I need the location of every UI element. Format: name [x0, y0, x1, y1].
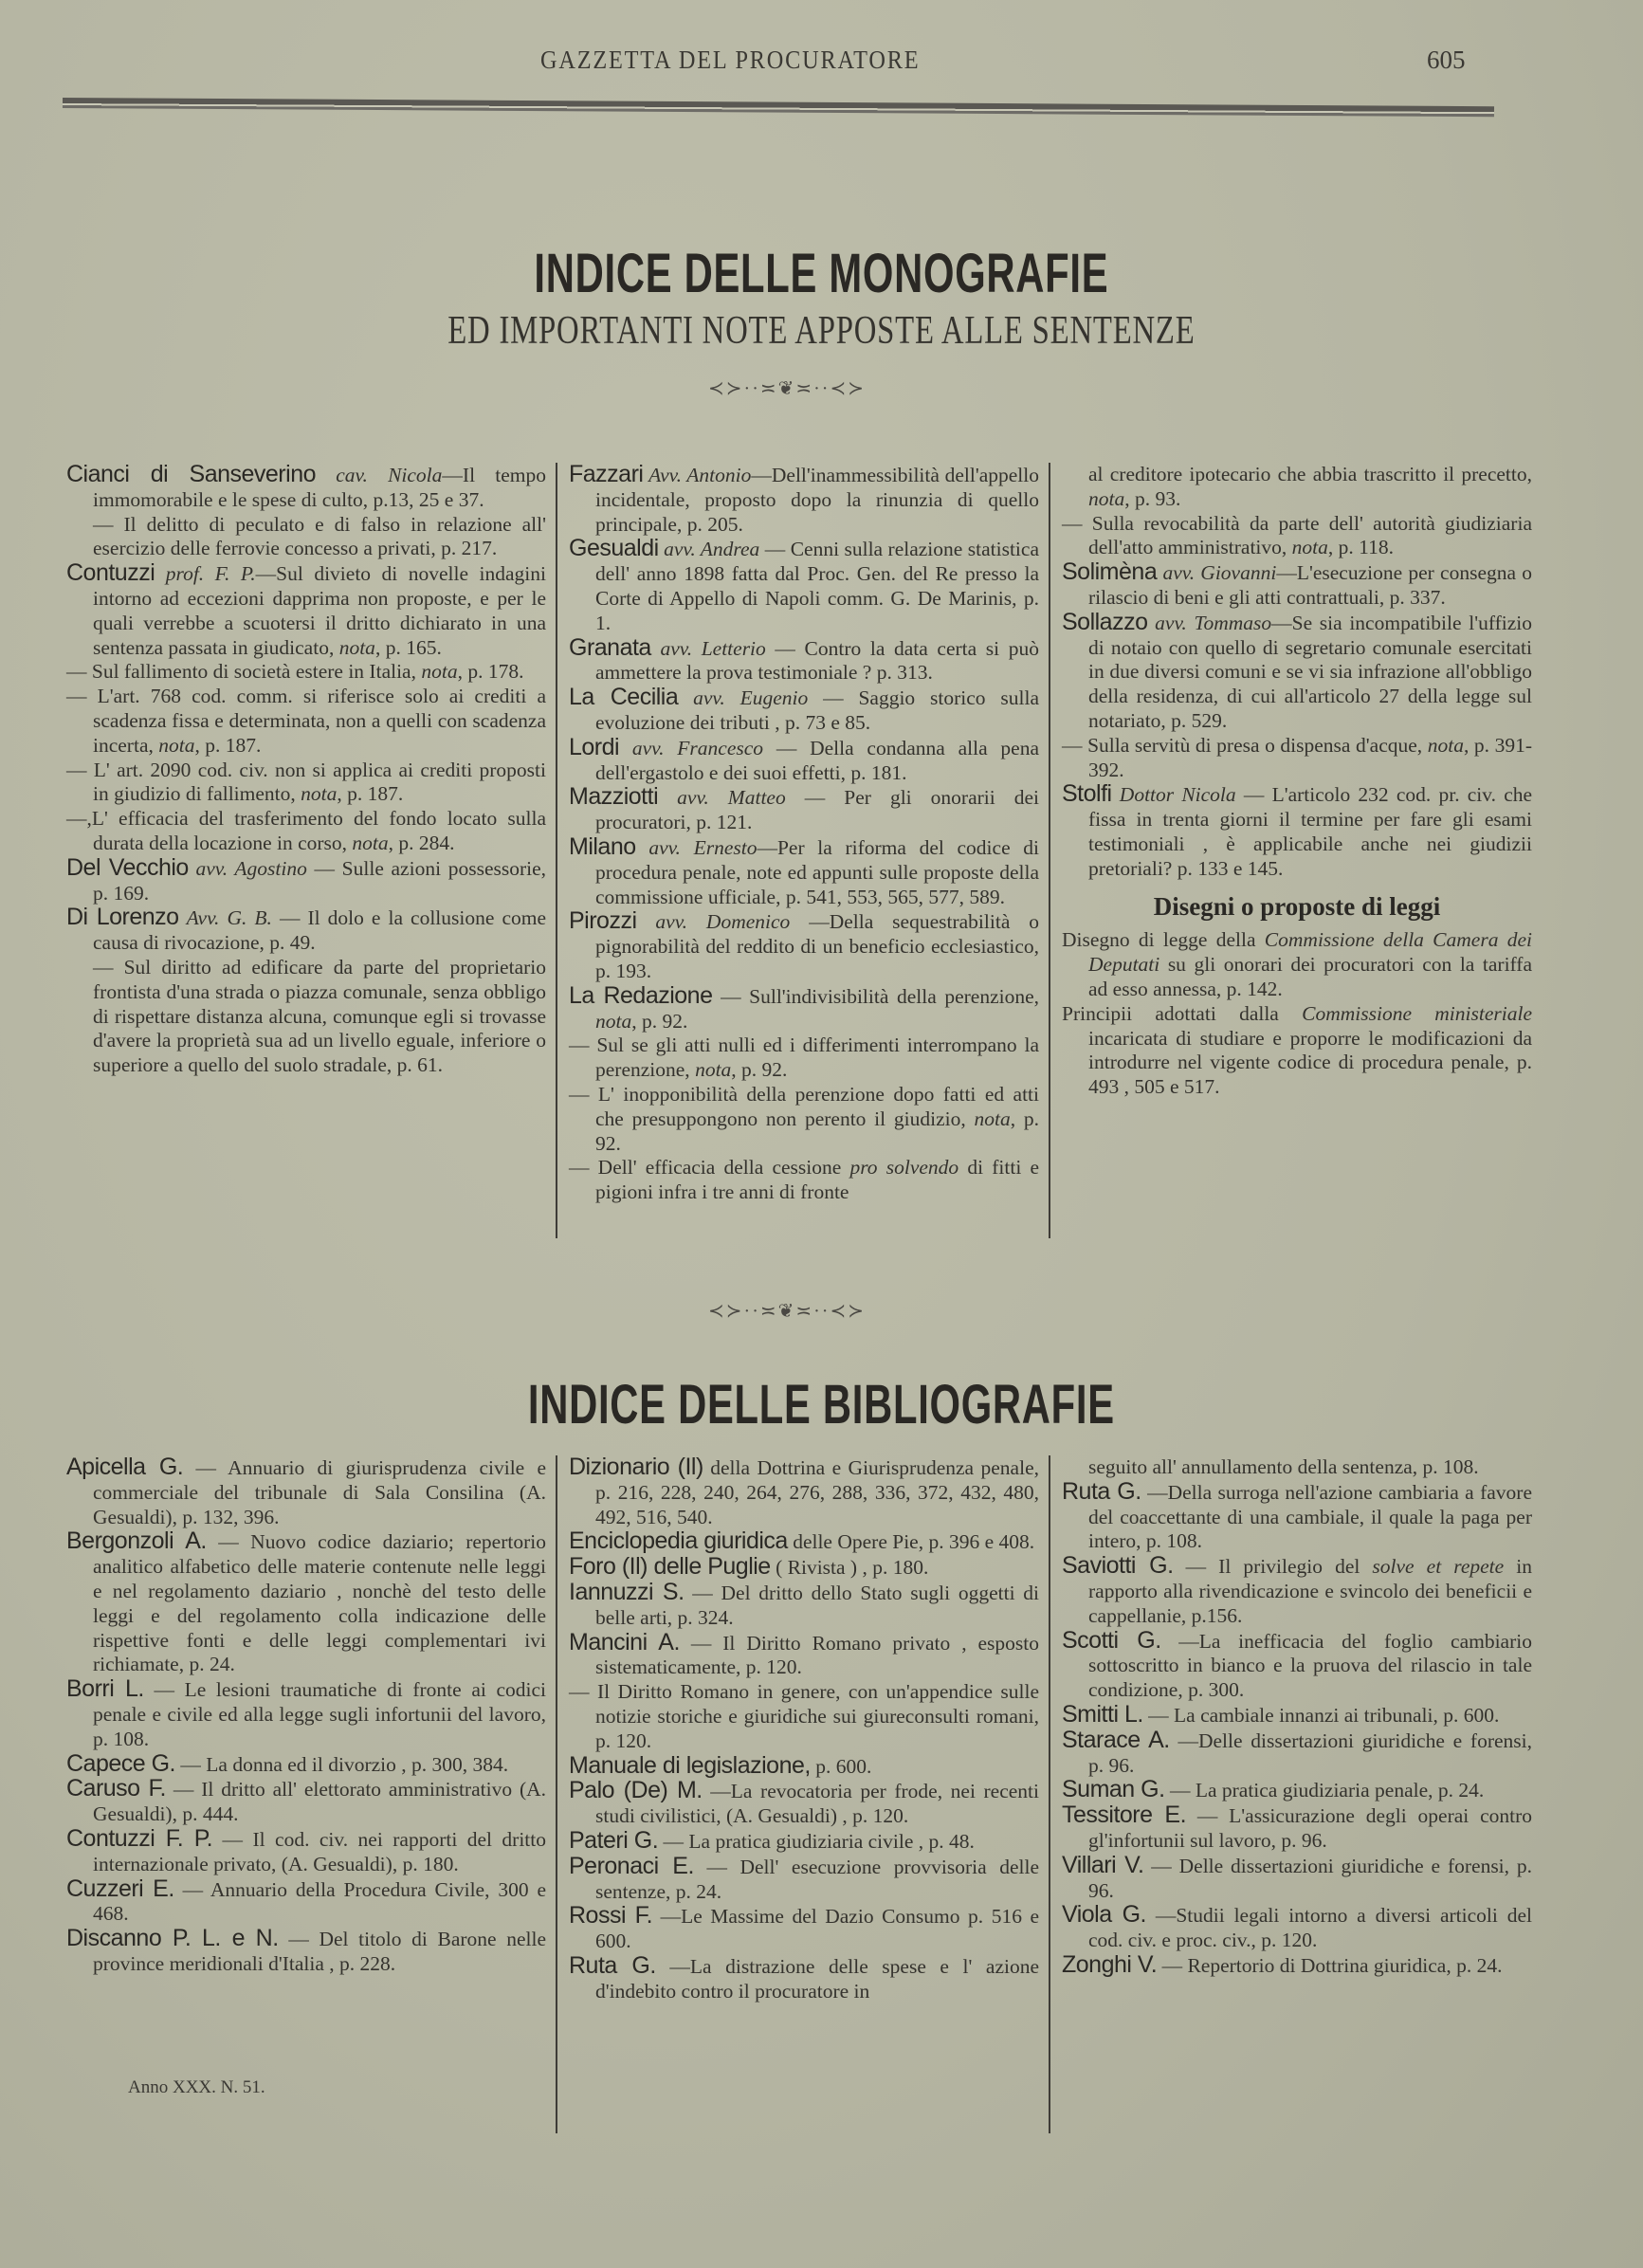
- index-continuation: seguito all' annullamento della sentenza…: [1062, 1455, 1532, 1480]
- index-entry: Enciclopedia giuridica delle Opere Pie, …: [569, 1529, 1039, 1555]
- index-entry: Pateri G. — La pratica giudiziaria civil…: [569, 1829, 1039, 1855]
- index-entry: Granata avv. Letterio — Contro la data c…: [569, 636, 1039, 686]
- index-entry: Contuzzi prof. F. P.—Sul divieto di nove…: [66, 561, 546, 660]
- index-entry: Solimèna avv. Giovanni—L'esecuzione per …: [1062, 560, 1532, 611]
- index-entry: Saviotti G. — Il privilegio del solve et…: [1062, 1554, 1532, 1628]
- index-entry: Starace A. —Delle dissertazioni giuridic…: [1062, 1728, 1532, 1779]
- header-rule: [63, 98, 1494, 117]
- index-entry: Dizionario (Il) della Dottrina e Giurisp…: [569, 1455, 1039, 1529]
- monografie-subtitle: ED IMPORTANTI NOTE APPOSTE ALLE SENTENZE: [181, 308, 1463, 354]
- index-entry: La Cecilia avv. Eugenio — Saggio storico…: [569, 686, 1039, 736]
- index-entry: Palo (De) M. —La revocatoria per frode, …: [569, 1779, 1039, 1829]
- index-subentry: —,L' efficacia del trasferimento del fon…: [66, 807, 546, 856]
- index-entry: Borri L. — Le lesioni traumatiche di fro…: [66, 1677, 546, 1751]
- index-entry: Viola G. —Studii legali intorno a divers…: [1062, 1903, 1532, 1953]
- index-entry: Contuzzi F. P. — Il cod. civ. nei rappor…: [66, 1827, 546, 1877]
- index-entry: Bergonzoli A. — Nuovo codice daziario; r…: [66, 1529, 546, 1677]
- index-entry: Gesualdi avv. Andrea — Cenni sulla relaz…: [569, 537, 1039, 635]
- index-entry: Rossi F. —Le Massime del Dazio Consumo p…: [569, 1904, 1039, 1954]
- index-entry: Smitti L. — La cambiale innanzi ai tribu…: [1062, 1703, 1532, 1728]
- bibliografie-title: INDICE DELLE BIBLIOGRAFIE: [229, 1373, 1413, 1436]
- index-entry: Fazzari Avv. Antonio—Dell'inammessibilit…: [569, 463, 1039, 537]
- index-entry: Suman G. — La pratica giudiziaria penale…: [1062, 1778, 1532, 1803]
- index-entry: Lordi avv. Francesco — Della condanna al…: [569, 736, 1039, 786]
- index-entry: Cianci di Sanseverino cav. Nicola—Il tem…: [66, 463, 546, 513]
- index-subentry: — Sul fallimento di società estere in It…: [66, 660, 546, 685]
- index-entry: Iannuzzi S. — Del dritto dello Stato sug…: [569, 1581, 1039, 1631]
- bibliografie-column-3: seguito all' annullamento della sentenza…: [1049, 1455, 1542, 2133]
- index-entry: Disegno di legge della Commissione della…: [1062, 928, 1532, 1001]
- index-entry: Tessitore E. — L'assicurazione degli ope…: [1062, 1803, 1532, 1854]
- index-entry: Peronaci E. — Dell' esecuzione provvisor…: [569, 1855, 1039, 1905]
- index-subentry: — Dell' efficacia della cessione pro sol…: [569, 1156, 1039, 1205]
- index-subentry: — L' inopponibilità della perenzione dop…: [569, 1083, 1039, 1156]
- index-entry: Manuale di legislazione, p. 600.: [569, 1754, 1039, 1780]
- index-entry: Mancini A. — Il Diritto Romano privato ,…: [569, 1631, 1039, 1681]
- monografie-columns: Cianci di Sanseverino cav. Nicola—Il tem…: [63, 463, 1542, 1238]
- bibliografie-columns: Apicella G. — Annuario di giurisprudenza…: [63, 1455, 1542, 2133]
- index-subentry: — Sul se gli atti nulli ed i differiment…: [569, 1033, 1039, 1083]
- monografie-column-2: Fazzari Avv. Antonio—Dell'inammessibilit…: [556, 463, 1049, 1238]
- index-entry: Villari V. — Delle dissertazioni giuridi…: [1062, 1854, 1532, 1904]
- index-entry: Zonghi V. — Repertorio di Dottrina giuri…: [1062, 1953, 1532, 1979]
- index-entry: Apicella G. — Annuario di giurisprudenza…: [66, 1455, 546, 1529]
- index-entry: Caruso F. — Il dritto all' elettorato am…: [66, 1777, 546, 1827]
- index-subentry: — Il Diritto Romano in genere, con un'ap…: [569, 1680, 1039, 1753]
- index-entry: Ruta G. —La distrazione delle spese e l'…: [569, 1954, 1039, 2004]
- ornament-divider-icon: ≺≻··≍❦≍··≺≻: [654, 376, 920, 399]
- index-entry: Principii adottati dalla Commissione min…: [1062, 1002, 1532, 1100]
- monografie-column-1: Cianci di Sanseverino cav. Nicola—Il tem…: [63, 463, 556, 1238]
- index-subentry: — Sul diritto ad edificare da parte del …: [66, 956, 546, 1078]
- bibliografie-column-2: Dizionario (Il) della Dottrina e Giurisp…: [556, 1455, 1049, 2133]
- index-subentry: — Il delitto di peculato e di falso in r…: [66, 513, 546, 562]
- index-subentry: — L'art. 768 cod. comm. si riferisce sol…: [66, 685, 546, 758]
- index-entry: Stolfi Dottor Nicola — L'articolo 232 co…: [1062, 782, 1532, 881]
- running-title: GAZZETTA DEL PROCURATORE: [540, 46, 920, 75]
- monografie-title: INDICE DELLE MONOGRAFIE: [229, 242, 1413, 305]
- index-entry: Di Lorenzo Avv. G. B. — Il dolo e la col…: [66, 905, 546, 956]
- running-head: GAZZETTA DEL PROCURATORE 605: [0, 46, 1643, 83]
- index-entry: Scotti G. —La inefficacia del foglio cam…: [1062, 1629, 1532, 1703]
- page-number: 605: [1427, 46, 1466, 75]
- index-entry: Discanno P. L. e N. — Del titolo di Baro…: [66, 1927, 546, 1977]
- index-subentry: — Sulla revocabilità da parte dell' auto…: [1062, 512, 1532, 561]
- index-entry: Foro (Il) delle Puglie ( Rivista ) , p. …: [569, 1555, 1039, 1581]
- monografie-column-3: al creditore ipotecario che abbia trascr…: [1049, 463, 1542, 1238]
- issue-signature: Anno XXX. N. 51.: [128, 2077, 265, 2098]
- index-entry: Milano avv. Ernesto—Per la riforma del c…: [569, 835, 1039, 909]
- index-subentry: — L' art. 2090 cod. civ. non si applica …: [66, 759, 546, 808]
- ornament-divider-icon: ≺≻··≍❦≍··≺≻: [654, 1299, 920, 1322]
- index-entry: Mazziotti avv. Matteo — Per gli onorarii…: [569, 785, 1039, 835]
- index-entry: Del Vecchio avv. Agostino — Sulle azioni…: [66, 856, 546, 906]
- bibliografie-column-1: Apicella G. — Annuario di giurisprudenza…: [63, 1455, 556, 2133]
- index-entry: Pirozzi avv. Domenico —Della sequestrabi…: [569, 909, 1039, 983]
- index-subentry: — Sulla servitù di presa o dispensa d'ac…: [1062, 734, 1532, 783]
- index-entry: Capece G. — La donna ed il divorzio , p.…: [66, 1752, 546, 1778]
- index-entry: Sollazzo avv. Tommaso—Se sia incompatibi…: [1062, 611, 1532, 734]
- index-continuation: al creditore ipotecario che abbia trascr…: [1062, 463, 1532, 512]
- index-entry: Ruta G. —Della surroga nell'azione cambi…: [1062, 1480, 1532, 1554]
- subsection-heading: Disegni o proposte di leggi: [1062, 895, 1532, 920]
- index-entry: Cuzzeri E. — Annuario della Procedura Ci…: [66, 1877, 546, 1928]
- index-entry: La Redazione — Sull'indivisibilità della…: [569, 984, 1039, 1034]
